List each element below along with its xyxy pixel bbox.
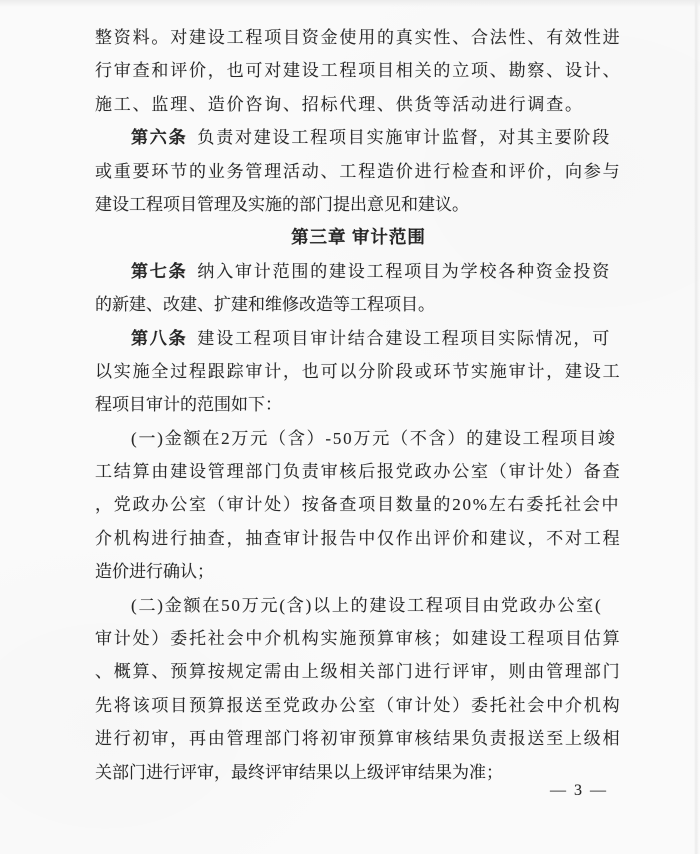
text-line: 关部门进行评审，最终评审结果以上级评审结果为准；: [95, 756, 622, 789]
text-line: 行审查和评价，也可对建设工程项目相关的立项、勘察、设计、: [95, 54, 622, 87]
text-line: ，党政办公室（审计处）按备查项目数量的20%左右委托社会中: [95, 488, 622, 521]
document-body: 整资料。对建设工程项目资金使用的真实性、合法性、有效性进行审查和评价，也可对建设…: [95, 21, 622, 789]
text-line: 第八条建设工程项目审计结合建设工程项目实际情况，可: [95, 322, 622, 355]
text-line-body: 负责对建设工程项目实施审计监督，对其主要阶段: [197, 128, 611, 147]
text-line: 整资料。对建设工程项目资金使用的真实性、合法性、有效性进: [95, 21, 622, 54]
text-line: 第六条负责对建设工程项目实施审计监督，对其主要阶段: [95, 121, 622, 154]
text-line: 介机构进行抽查，抽查审计报告中仅作出评价和建议，不对工程: [95, 522, 622, 555]
page-number: — 3 —: [550, 779, 608, 803]
article-number-label: 第八条: [131, 329, 187, 348]
text-line: 以实施全过程跟踪审计，也可以分阶段或环节实施审计，建设工: [95, 355, 622, 388]
text-line: 或重要环节的业务管理活动、工程造价进行检查和评价，向参与: [95, 155, 622, 188]
text-line: 、概算、预算按规定需由上级相关部门进行评审，则由管理部门: [95, 655, 622, 688]
text-line: (一)金额在2万元（含）-50万元（不含）的建设工程项目竣: [95, 422, 622, 455]
text-line: 的新建、改建、扩建和维修改造等工程项目。: [95, 288, 622, 321]
text-line-body: 纳入审计范围的建设工程项目为学校各种资金投资: [197, 262, 611, 281]
text-line-body: 建设工程项目审计结合建设工程项目实际情况，可: [197, 329, 611, 348]
text-line: 程项目审计的范围如下：: [95, 388, 622, 421]
scanned-document-page: 整资料。对建设工程项目资金使用的真实性、合法性、有效性进行审查和评价，也可对建设…: [0, 0, 700, 854]
text-line: 施工、监理、造价咨询、招标代理、供货等活动进行调查。: [95, 88, 622, 121]
text-line: 工结算由建设管理部门负责审核后报党政办公室（审计处）备查: [95, 455, 622, 488]
text-line: 第七条纳入审计范围的建设工程项目为学校各种资金投资: [95, 255, 622, 288]
text-line: 建设工程项目管理及实施的部门提出意见和建议。: [95, 188, 622, 221]
text-line: 进行初审，再由管理部门将初审预算审核结果负责报送至上级相: [95, 722, 622, 755]
text-line: (二)金额在50万元(含)以上的建设工程项目由党政办公室(: [95, 589, 622, 622]
text-line: 先将该项目预算报送至党政办公室（审计处）委托社会中介机构: [95, 689, 622, 722]
text-line: 造价进行确认；: [95, 555, 622, 588]
text-line: 审计处）委托社会中介机构实施预算审核；如建设工程项目估算: [95, 622, 622, 655]
article-number-label: 第六条: [131, 128, 187, 147]
article-number-label: 第七条: [131, 262, 187, 281]
chapter-heading: 第三章 审计范围: [95, 221, 622, 254]
